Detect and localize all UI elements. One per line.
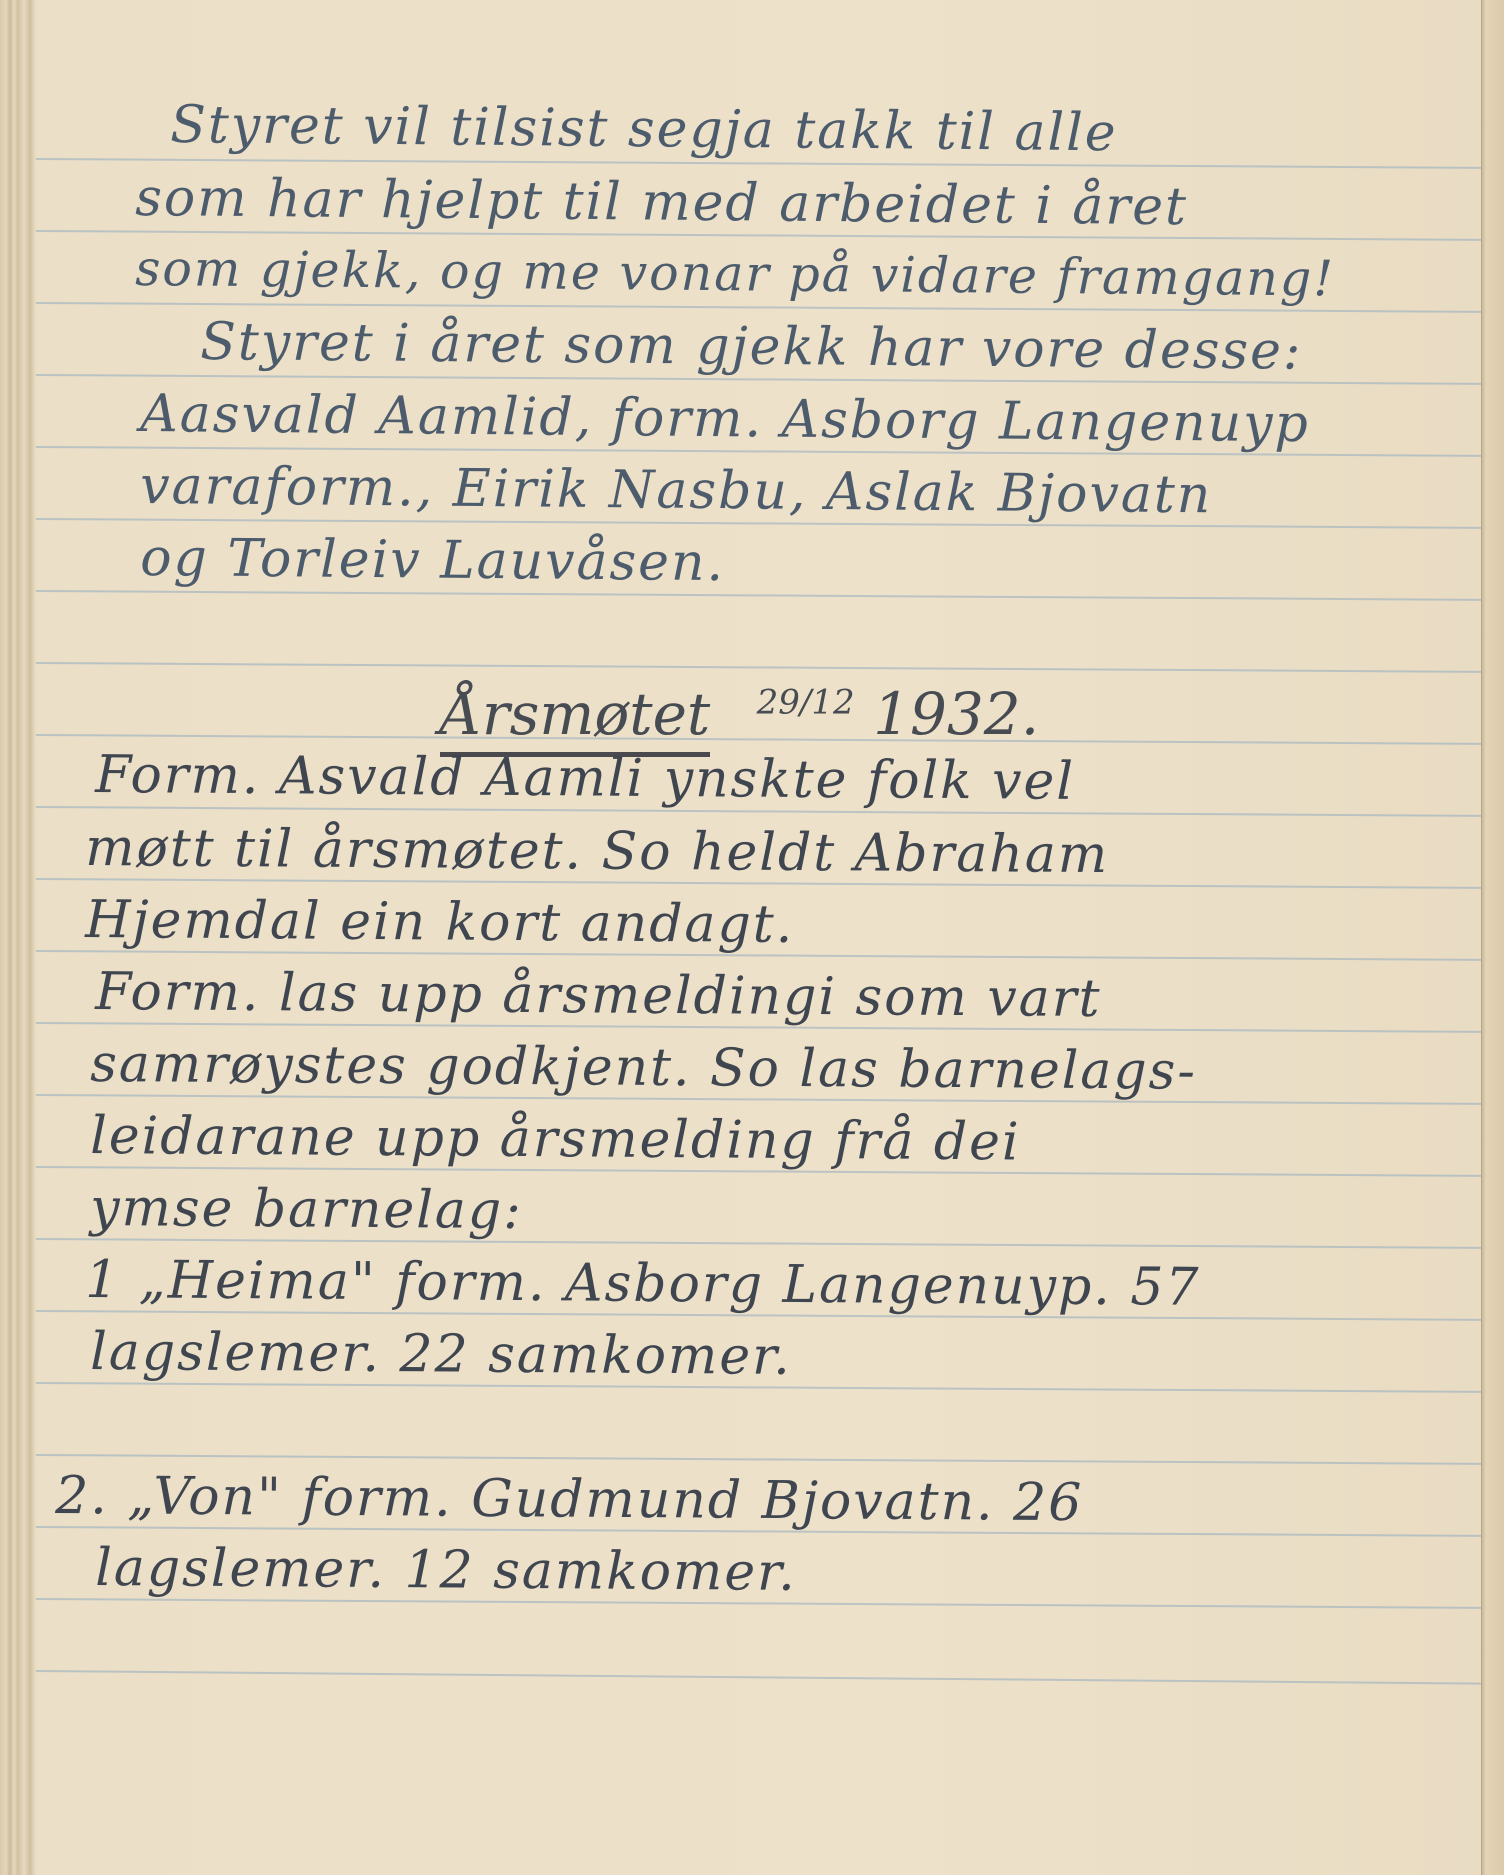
text-line: samrøystes godkjent. So las barnelags- (90, 1034, 1197, 1102)
notebook-page: Styret vil tilsist segja takk til alle s… (0, 0, 1504, 1875)
ruled-line (36, 590, 1482, 601)
text-line: Aasvald Aamlid, form. Asborg Langenuyp (140, 384, 1310, 454)
text-line: leidarane upp årsmelding frå dei (90, 1106, 1021, 1172)
heading-date: 29/12 1932. (757, 680, 1039, 748)
text-line: 2. „Von" form. Gudmund Bjovatn. 26 (55, 1466, 1084, 1533)
text-line: og Torleiv Lauvåsen. (140, 528, 725, 593)
text-line: Form. las upp årsmeldingi som vart (95, 962, 1102, 1029)
text-line: som gjekk, og me vonar på vidare framgan… (135, 240, 1335, 307)
text-line: møtt til årsmøtet. So heldt Abraham (85, 818, 1109, 885)
text-line: Styret i året som gjekk har vore desse: (200, 312, 1303, 382)
ruled-line (36, 1670, 1482, 1685)
date-day-month: 29/12 (757, 683, 855, 723)
text-line: varaform., Eirik Nasbu, Aslak Bjovatn (140, 456, 1212, 525)
text-line: Styret vil tilsist segja takk til alle (170, 95, 1118, 163)
ruled-line (36, 662, 1482, 673)
text-line: 1 „Heima" form. Asborg Langenuyp. 57 (85, 1250, 1201, 1318)
text-line: Form. Asvald Aamli ynskte folk vel (95, 745, 1075, 812)
ruled-line (36, 1238, 1482, 1249)
page-edge (1481, 0, 1504, 1875)
text-line: som har hjelpt til med arbeidet i året (135, 168, 1188, 237)
text-line: ymse barnelag: (90, 1178, 523, 1241)
heading-text: Årsmøtet (440, 680, 710, 757)
text-line: lagslemer. 12 samkomer. (95, 1538, 797, 1603)
text-line: lagslemer. 22 samkomer. (90, 1322, 792, 1387)
date-year: 1932. (873, 680, 1039, 748)
text-line: Hjemdal ein kort andagt. (85, 890, 794, 955)
meeting-heading: Årsmøtet 29/12 1932. (440, 680, 1039, 757)
ruled-line (36, 1454, 1482, 1465)
